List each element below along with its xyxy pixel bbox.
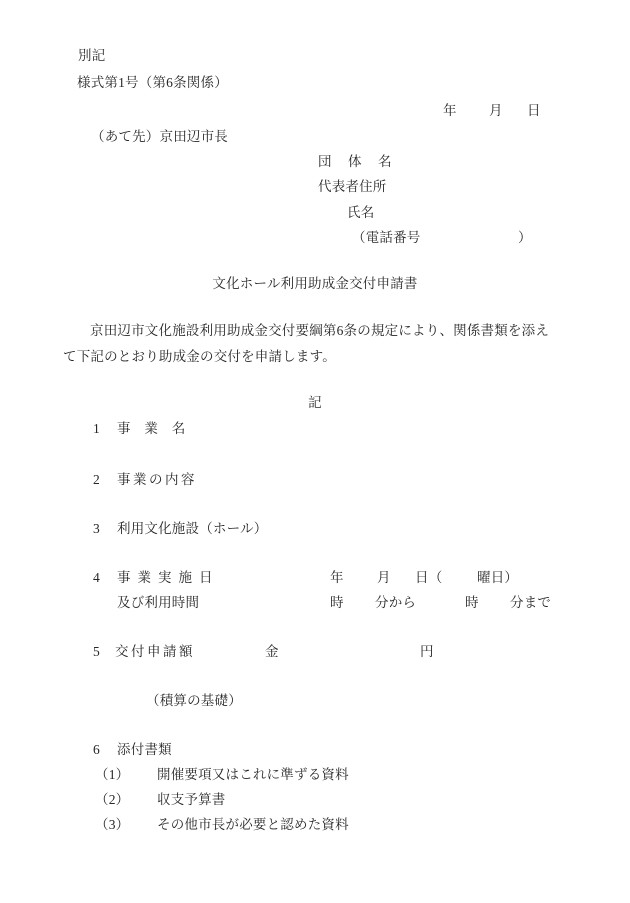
phone-close-paren: ）: [518, 229, 532, 246]
item-2-label: 事業の内容: [117, 471, 197, 488]
attachment-1-number: （1）: [95, 766, 129, 783]
item-4-label2: 及び利用時間: [117, 594, 199, 611]
item-2-number: 2: [93, 471, 100, 488]
attachment-3-number: （3）: [95, 816, 129, 833]
item-3-number: 3: [93, 520, 100, 537]
group-name-label: 団 体 名: [318, 153, 393, 170]
annotation-bekki: 別記: [78, 47, 105, 64]
item-4-min-from-label: 分から: [375, 594, 416, 611]
item-5-label: 交付申請額: [115, 643, 195, 660]
item-5-basis-note: （積算の基礎）: [146, 692, 242, 709]
addressee: （あて先）京田辺市長: [91, 128, 228, 145]
paragraph-line2: て下記のとおり助成金の交付を申請します。: [63, 348, 336, 365]
item-6-label: 添付書類: [117, 741, 172, 758]
item-1-label: 事 業 名: [117, 420, 186, 437]
attachment-2-text: 収支予算書: [157, 791, 226, 808]
item-5-number: 5: [93, 643, 100, 660]
item-5-amount-prefix: 金: [265, 643, 279, 660]
item-4-hour-to-label: 時: [465, 594, 479, 611]
item-4-year-label: 年: [330, 569, 344, 586]
item-5-amount-suffix: 円: [420, 643, 434, 660]
form-number: 様式第1号（第6条関係）: [77, 74, 228, 91]
attachment-2-number: （2）: [95, 791, 129, 808]
date-month-label: 月: [489, 102, 503, 119]
attachment-1-text: 開催要項又はこれに準ずる資料: [157, 766, 349, 783]
paragraph-line1: 京田辺市文化施設利用助成金交付要綱第6条の規定により、関係書類を添え: [90, 322, 549, 339]
item-4-hour-from-label: 時: [330, 594, 344, 611]
attachment-3-text: その他市長が必要と認めた資料: [157, 816, 349, 833]
item-6-number: 6: [93, 741, 100, 758]
item-4-day-paren: 日（: [415, 569, 442, 586]
item-4-number: 4: [93, 569, 100, 586]
item-4-label: 事業実施日: [117, 569, 220, 586]
document-title: 文化ホール利用助成金交付申請書: [212, 275, 417, 292]
name-label: 氏名: [347, 204, 374, 221]
representative-address-label: 代表者住所: [318, 178, 387, 195]
date-day-label: 日: [527, 102, 541, 119]
item-4-month-label: 月: [377, 569, 391, 586]
item-4-min-to-label: 分まで: [510, 594, 551, 611]
date-year-label: 年: [443, 102, 457, 119]
item-1-number: 1: [93, 420, 100, 437]
application-form-page: 別記 様式第1号（第6条関係） 年 月 日 （あて先）京田辺市長 団 体 名 代…: [0, 0, 630, 903]
phone-label: （電話番号: [352, 229, 421, 246]
item-3-label: 利用文化施設（ホール）: [117, 520, 267, 537]
record-marker: 記: [308, 394, 322, 411]
item-4-weekday-close: 曜日）: [477, 569, 518, 586]
